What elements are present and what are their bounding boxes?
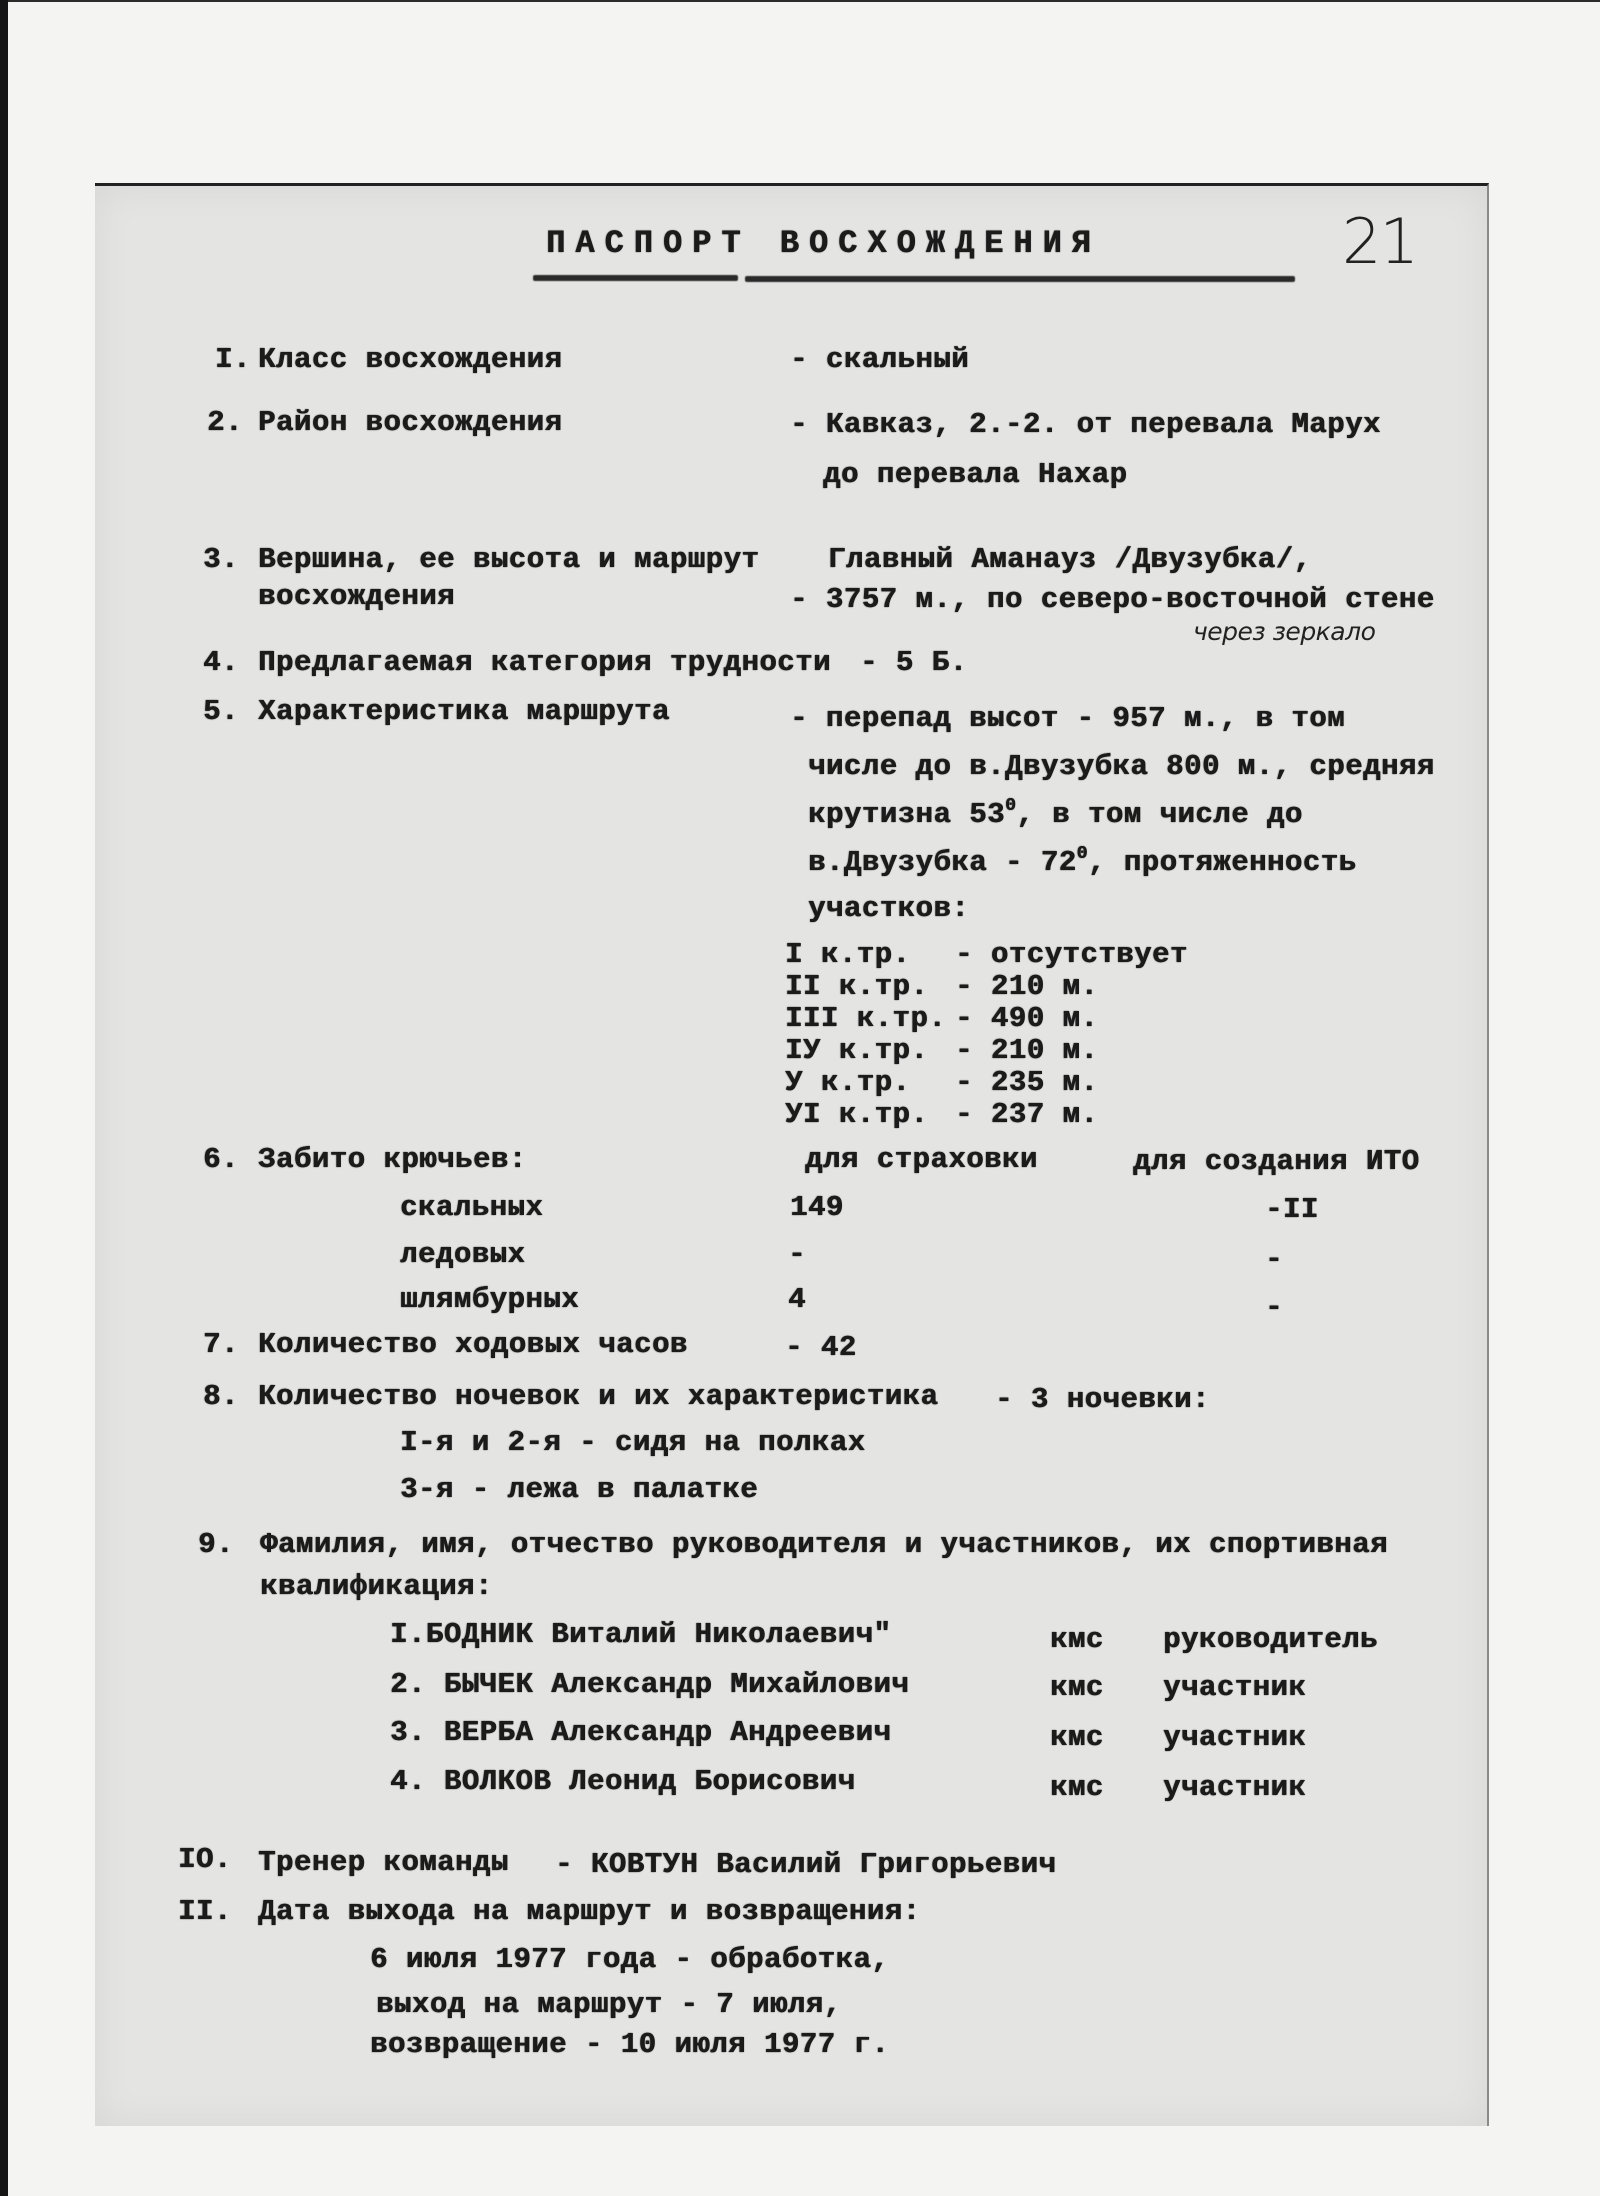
item-3-value-line-2: - 3757 м., по северо-восточной стене [790,585,1435,614]
participant-2-name: 2. БЫЧЕК Александр Михайлович [390,1670,909,1699]
pitons-row-1-belay: 149 [790,1193,844,1222]
participant-3-role: участник [1163,1723,1306,1752]
pitons-row-2-belay: - [788,1240,806,1269]
participant-3-rank: кмс [1050,1723,1104,1752]
scan-border-top [0,0,1600,2]
page-title: ПАСПОРТ ВОСХОЖДЕНИЯ [546,228,1101,260]
title-underline-right [745,276,1295,282]
item-3-label-line-1: Вершина, ее высота и маршрут [258,545,759,574]
section-3-category: III к.тр. [785,1004,946,1033]
item-10-number: IO. [178,1845,232,1874]
pitons-row-3-belay: 4 [788,1285,806,1314]
item-8-value: - 3 ночевки: [995,1385,1210,1414]
participant-4-rank: кмс [1050,1773,1104,1802]
pitons-row-3-type: шлямбурных [400,1285,579,1314]
item-3-number: 3. [203,545,239,574]
pitons-row-2-aid: - [1265,1245,1283,1274]
participant-3-name: 3. ВЕРБА Александр Андреевич [390,1718,891,1747]
section-4-length: - 210 м. [955,1036,1098,1065]
item-5-value-line-3: крутизна 530, в том числе до [808,800,1303,829]
item-11-detail-line-3: возвращение - 10 июля 1977 г. [370,2030,889,2059]
handwritten-annotation: через зеркало [1193,617,1375,646]
item-8-detail-line-2: 3-я - лежа в палатке [400,1475,758,1504]
participant-1-role: руководитель [1163,1625,1378,1654]
pitons-row-3-aid: - [1265,1293,1283,1322]
item-2-value-line-1: - Кавказ, 2.-2. от перевала Марух [790,410,1381,439]
section-4-category: IУ к.тр. [785,1036,928,1065]
item-5-label: Характеристика маршрута [258,697,670,726]
pitons-row-1-aid: -II [1265,1195,1319,1224]
scan-border-left [0,0,8,2196]
pitons-header-belay: для страховки [805,1145,1038,1174]
item-4-value: - 5 Б. [860,648,967,677]
item-2-label: Район восхождения [258,408,562,437]
item-4-label: Предлагаемая категория трудности [258,648,831,677]
item-3-label-line-2: восхождения [258,582,455,611]
item-4-number: 4. [203,648,239,677]
item-8-detail-line-1: I-я и 2-я - сидя на полках [400,1428,865,1457]
item-5-value-line-4: в.Двузубка - 720, протяженность [808,848,1356,877]
item-7-value: - 42 [785,1333,857,1362]
item-8-label: Количество ночевок и их характеристика [258,1382,938,1411]
pitons-row-2-type: ледовых [400,1240,525,1269]
section-3-length: - 490 м. [955,1004,1098,1033]
item-7-number: 7. [203,1330,239,1359]
item-6-number: 6. [203,1145,239,1174]
item-1-value: - скальный [790,345,969,374]
item-5-value-line-1: - перепад высот - 957 м., в том [790,704,1345,733]
item-5-value-line-2: числе до в.Двузубка 800 м., средняя [808,752,1435,781]
participant-2-rank: кмс [1050,1673,1104,1702]
item-6-label: Забито крючьев: [258,1145,527,1174]
item-3-value-line-1: Главный Аманауз /Двузубка/, [828,545,1311,574]
section-1-length: - отсутствует [955,940,1188,969]
participant-1-name: I.БОДНИК Виталий Николаевич" [390,1620,891,1649]
item-11-number: II. [178,1897,232,1926]
item-2-value-line-2: до перевала Нахар [823,460,1127,489]
section-2-category: II к.тр. [785,972,928,1001]
item-11-detail-line-1: 6 июля 1977 года - обработка, [370,1945,889,1974]
item-1-label: Класс восхождения [258,345,562,374]
section-5-category: У к.тр. [785,1068,910,1097]
item-11-detail-line-2: выход на маршрут - 7 июля, [376,1990,841,2019]
item-9-label-line-1: Фамилия, имя, отчество руководителя и уч… [260,1530,1388,1559]
item-9-label-line-2: квалификация: [260,1572,493,1601]
handwritten-page-number: 21 [1342,205,1417,278]
participant-2-role: участник [1163,1673,1306,1702]
participant-4-role: участник [1163,1773,1306,1802]
item-1-number: I. [215,345,251,374]
title-underline-left [533,275,738,281]
item-11-label: Дата выхода на маршрут и возвращения: [258,1897,920,1926]
item-10-value: - КОВТУН Василий Григорьевич [555,1850,1056,1879]
item-2-number: 2. [207,408,243,437]
participant-1-rank: кмс [1050,1625,1104,1654]
item-8-number: 8. [203,1382,239,1411]
section-5-length: - 235 м. [955,1068,1098,1097]
section-6-category: УI к.тр. [785,1100,928,1129]
item-7-label: Количество ходовых часов [258,1330,688,1359]
section-1-category: I к.тр. [785,940,910,969]
section-6-length: - 237 м. [955,1100,1098,1129]
pitons-row-1-type: скальных [400,1193,543,1222]
participant-4-name: 4. ВОЛКОВ Леонид Борисович [390,1767,855,1796]
section-2-length: - 210 м. [955,972,1098,1001]
item-5-number: 5. [203,697,239,726]
item-10-label: Тренер команды [258,1848,509,1877]
item-9-number: 9. [198,1530,234,1559]
pitons-header-aid: для создания ИТО [1133,1147,1419,1176]
item-5-value-line-5: участков: [808,894,969,923]
